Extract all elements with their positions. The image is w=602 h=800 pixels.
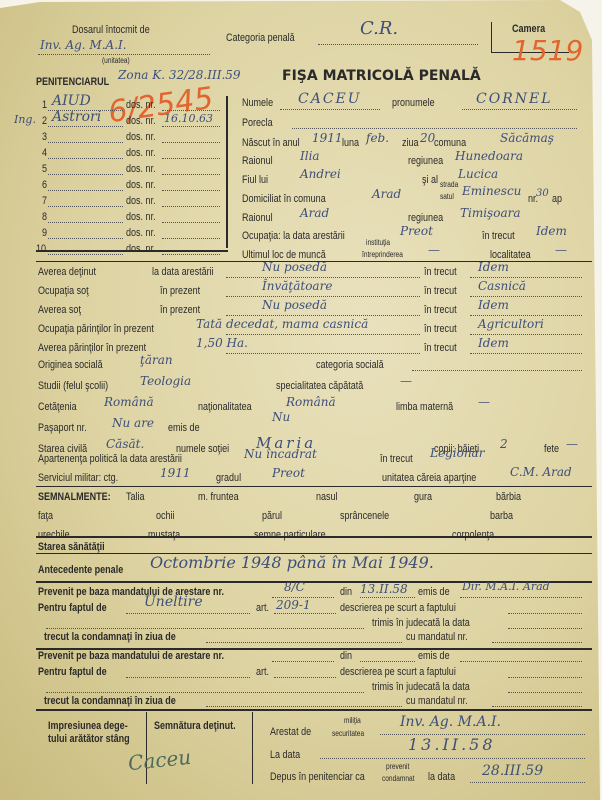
penitentiary-name-line (48, 238, 123, 239)
din-line (360, 661, 415, 662)
wealth-label: Averea soţ (38, 304, 81, 316)
wealth-mid-label: la data arestării (152, 266, 214, 278)
intreprinderea-label: întreprinderea (362, 250, 403, 259)
wealth-value: Tată decedat, mama casnică (196, 317, 368, 331)
wealth-label: Ocupaţia părinţilor în prezent (38, 323, 154, 335)
faptul-line (126, 677, 250, 678)
dos-nr-line (162, 126, 220, 127)
unitatea-label: (unitatea) (102, 56, 130, 65)
cetatenia-label: Cetăţenia (38, 401, 77, 413)
politic-label: Apartenenţa politică la data arestării (38, 453, 182, 465)
baieti-value: 2 (500, 437, 508, 451)
pasaport-label: Paşaport nr. (38, 422, 87, 434)
wealth-value-line (226, 296, 420, 297)
penitentiary-index: 8 (42, 211, 47, 223)
cu-mandatul-label: cu mandatul nr. (406, 631, 468, 643)
cetatenia-value: Română (104, 395, 154, 409)
penitentiary-index: 9 (42, 227, 47, 239)
studii-value: Teologia (140, 374, 191, 388)
camera-box-left (491, 22, 492, 52)
penitentiary-name: Astrori (52, 109, 101, 125)
wealth-label: Averea deţinut (38, 266, 96, 278)
trecut-condamnati-label: trecut la condamnaţi în ziua de (44, 631, 176, 643)
la-data-value: 13.II.58 (408, 735, 496, 754)
trimis-line-left (46, 692, 364, 693)
trimis-line-left (46, 628, 364, 629)
anul-value: 1911 (312, 131, 343, 145)
emis-de-line (460, 661, 582, 662)
penitentiary-prefix: Ing. (14, 113, 36, 126)
depus-data-line (470, 782, 585, 783)
ochii-label: ochii (156, 510, 175, 522)
semnalmente-title: SEMNALMENTE: (38, 491, 111, 503)
penitentiary-name-line (48, 222, 123, 223)
comuna-label: comuna (434, 137, 466, 149)
depus-label: Depus în penitenciar ca (270, 771, 365, 783)
penitentiary-name-line (48, 254, 123, 255)
satul-label: satul (440, 192, 454, 201)
wealth-value: Nu posedă (262, 260, 327, 274)
starea-sanatatii-label: Starea sănătăţii (38, 541, 105, 553)
originea-value: ţăran (140, 353, 173, 367)
ocupatia-trecut-label: în trecut (482, 230, 515, 242)
tata-value: Andrei (300, 167, 341, 181)
la-data-label: La data (270, 749, 300, 761)
din-label: din (340, 650, 352, 662)
starea-civila-value: Căsăt. (106, 437, 144, 451)
wealth-value: Nu posedă (262, 298, 327, 312)
penitentiary-name-line (48, 206, 123, 207)
ctg-value: 1911 (160, 466, 191, 480)
raionul2-label: Raionul (242, 212, 273, 224)
wealth-trecut-value: Idem (478, 260, 509, 274)
dos-nr-label: dos. nr. (126, 195, 156, 207)
fruntea-label: m. fruntea (198, 491, 239, 503)
numele-line (280, 109, 380, 110)
din-value: 13.II.58 (360, 582, 408, 596)
pronumele-label: pronumele (392, 97, 435, 109)
art-line (274, 613, 336, 614)
securitatea-label: securitatea (332, 729, 364, 738)
ocupatia-trecut-value: Idem (536, 224, 567, 238)
wealth-label: Ocupaţia soţ (38, 285, 89, 297)
dos-nr-line (162, 142, 220, 143)
dos-nr-label: dos. nr. (126, 99, 156, 111)
dos-nr-line (162, 238, 220, 239)
ultimul-loc-value: — (428, 243, 440, 257)
form-title: FIŞA MATRICOLĂ PENALĂ (282, 68, 481, 84)
fete-value: — (566, 437, 578, 451)
din-label: din (340, 586, 352, 598)
gradul-label: gradul (216, 472, 241, 484)
emis-de-line (460, 597, 582, 598)
nationalitatea-label: naţionalitatea (198, 401, 252, 413)
raionul-value: Ilia (300, 149, 320, 163)
pasaport-value: Nu are (112, 416, 154, 430)
semnalmente-top-rule (36, 486, 592, 487)
depus-data-label: la data (428, 771, 455, 783)
dos-nr-label: dos. nr. (126, 227, 156, 239)
penitentiary-index: 3 (42, 131, 47, 143)
ziua-label: ziua (402, 137, 419, 149)
emis-label: emis de (168, 422, 200, 434)
dos-nr-label: dos. nr. (126, 147, 156, 159)
ap-label: ap (552, 193, 562, 205)
wealth-trecut-line (470, 296, 582, 297)
originea-label: Originea socială (38, 359, 103, 371)
faptul-label: Pentru faptul de (38, 666, 107, 678)
institutia-label: instituţia (366, 238, 390, 247)
politic-value: Nu încadrat (244, 447, 317, 461)
si-al-label: şi al (422, 174, 438, 186)
health-top-rule (36, 536, 592, 538)
penitentiary-name-line (48, 190, 123, 191)
luna-label: luna (342, 137, 359, 149)
arestat-label: Arestat de (270, 726, 311, 738)
wealth-trecut-line (470, 277, 582, 278)
comuna-value: Săcămaş (500, 131, 554, 145)
penitentiary-index: 2 (42, 115, 47, 127)
urechile-label: urechile (38, 529, 70, 541)
dos-nr-value: 16.10.63 (164, 112, 213, 125)
fata-label: faţa (38, 510, 53, 522)
domiciliu-value: Arad (372, 187, 401, 201)
raionul-label: Raionul (242, 155, 273, 167)
categoria-sociala-line (412, 370, 582, 371)
antecedente-value: Octombrie 1948 până în Mai 1949. (150, 553, 434, 572)
penitenciarul-label: PENITENCIARUL (36, 76, 109, 88)
parul-label: părul (262, 510, 282, 522)
regiunea2-value: Timişoara (460, 206, 521, 220)
pronumele-value: CORNEL (476, 91, 553, 107)
penitentiary-index: 4 (42, 147, 47, 159)
semne-particulare-label: semne particulare (254, 529, 326, 541)
categoria-line (318, 44, 478, 45)
domiciliat-label: Domiciliat în comuna (242, 193, 326, 205)
categoria-sociala-label: categoria socială (316, 359, 384, 371)
barbia-label: bărbia (496, 491, 521, 503)
trecut-condamnati-line (206, 642, 402, 643)
dos-nr-line (162, 174, 220, 175)
nasul-label: nasul (316, 491, 338, 503)
semnatura-value: Caceu (127, 745, 192, 775)
emis-value: Nu (272, 410, 290, 424)
sotia-label: numele soţiei (176, 443, 229, 455)
wealth-trecut-label: în trecut (424, 285, 457, 297)
faptul-value: Uneltire (144, 594, 203, 610)
politic-trecut-value: Legionar (430, 446, 484, 460)
descrierea-line (508, 677, 582, 678)
nascut-label: Născut în anul (242, 137, 300, 149)
art-value: 209-1 (276, 598, 311, 612)
penitentiary-index: 5 (42, 163, 47, 175)
wealth-value-line (226, 334, 420, 335)
categoria-label: Categoria penală (226, 32, 295, 44)
limba-label: limba maternă (396, 401, 453, 413)
penitentiary-index: 6 (42, 179, 47, 191)
wealth-value: Învăţătoare (262, 279, 332, 293)
penitentiary-name-line (48, 126, 123, 127)
regiunea-label: regiunea (408, 155, 443, 167)
politic-trecut-label: în trecut (380, 453, 413, 465)
mama-value: Lucica (458, 167, 498, 181)
militar-label: Serviciul militar: ctg. (38, 472, 118, 484)
dosar-line (38, 54, 210, 55)
wealth-label: Averea părinţilor în prezent (38, 342, 146, 354)
dos-nr-line (162, 254, 220, 255)
emis-de-label: emis de (418, 586, 450, 598)
limba-value: — (478, 395, 490, 409)
camera-number: 1519 (512, 34, 583, 67)
faptul-label: Pentru faptul de (38, 602, 107, 614)
strada-value: Eminescu (462, 184, 521, 198)
footer-divider-2 (252, 712, 253, 784)
wealth-value-line (226, 353, 420, 354)
trecut-condamnati-line (206, 706, 402, 707)
specialitatea-label: specialitatea căpătată (276, 380, 363, 392)
mandat-nr-value: 8/C (284, 580, 305, 594)
penitentiary-index: 7 (42, 195, 47, 207)
wealth-value: 1,50 Ha. (196, 336, 248, 350)
wealth-trecut-line (470, 353, 582, 354)
sprancenele-label: sprâncenele (340, 510, 389, 522)
depus-data-value: 28.III.59 (482, 763, 543, 779)
barba-label: barba (490, 510, 513, 522)
studii-label: Studii (felul şcolii) (38, 380, 108, 392)
wealth-value-line (226, 315, 420, 316)
art-line (274, 677, 336, 678)
ziua-value: 20 (420, 131, 435, 145)
unitatea-militara-label: unitatea căreia aparţine (382, 472, 476, 484)
gradul-value: Preot (272, 466, 305, 480)
prevenit-label: Prevenit pe baza mandatului de arestare … (38, 650, 224, 662)
cu-mandatul-line (492, 706, 582, 707)
dosar-value: Inv. Ag. M.A.I. (40, 38, 127, 52)
penitentiary-name-line (48, 174, 123, 175)
penitentiary-name-line (48, 142, 123, 143)
penitentiary-name-line (48, 158, 123, 159)
art-label: art. (256, 602, 269, 614)
emis-de-value: Dir. M.A.I. Arad (462, 580, 550, 593)
art-label: art. (256, 666, 269, 678)
wealth-trecut-label: în trecut (424, 323, 457, 335)
penitentiary-box-right (226, 96, 228, 248)
din-line (360, 597, 415, 598)
ocupatia-value: Preot (400, 224, 433, 238)
pronumele-line (462, 109, 577, 110)
dos-nr-label: dos. nr. (126, 179, 156, 191)
fiul-label: Fiul lui (242, 174, 268, 186)
cu-mandatul-line (492, 642, 582, 643)
raionul2-value: Arad (300, 206, 329, 220)
cu-mandatul-label: cu mandatul nr. (406, 695, 468, 707)
penitenciarul-value: Zona K. 32/28.III.59 (118, 68, 241, 82)
luna-value: feb. (366, 131, 389, 145)
localitatea-value: — (555, 243, 567, 257)
impresiunea-label-1: Impresiunea dege- (48, 720, 128, 732)
dos-nr-line (162, 222, 220, 223)
wealth-trecut-line (470, 315, 582, 316)
porecla-label: Porecla (242, 117, 273, 129)
footer-top-rule (36, 709, 592, 711)
descrierea-label: descrierea pe scurt a faptului (340, 602, 456, 614)
prevenit-label: prevenit (386, 762, 409, 771)
trimis-label: trimis în judecată la data (372, 681, 470, 693)
la-data-line (320, 758, 585, 759)
trimis-label: trimis în judecată la data (372, 617, 470, 629)
dos-nr-label: dos. nr. (126, 243, 156, 255)
document-card: Dosarul întocmit de Inv. Ag. M.A.I. (uni… (0, 0, 602, 800)
wealth-value-line (226, 277, 420, 278)
wealth-trecut-label: în trecut (424, 266, 457, 278)
regiunea-value: Hunedoara (455, 149, 523, 163)
penitentiary-box-bottom (36, 250, 228, 252)
nationalitatea-value: Română (286, 395, 336, 409)
dos-nr-line (162, 110, 220, 111)
militia-label: miliţia (344, 716, 361, 725)
trimis-line (508, 692, 582, 693)
wealth-trecut-value: Casnică (478, 279, 526, 293)
porecla-line (292, 128, 577, 129)
trimis-line (508, 628, 582, 629)
penitentiary-index: 10 (36, 243, 46, 255)
dos-nr-line (162, 158, 220, 159)
dos-nr-label: dos. nr. (126, 131, 156, 143)
dosar-label: Dosarul întocmit de (72, 24, 150, 36)
descrierea-label: descrierea pe scurt a faptului (340, 666, 456, 678)
condamnat-label: condamnat (382, 774, 414, 783)
wealth-mid-label: în prezent (160, 304, 200, 316)
specialitatea-value: — (400, 374, 412, 388)
penitentiary-index: 1 (42, 99, 47, 111)
gura-label: gura (414, 491, 432, 503)
talia-label: Talia (126, 491, 145, 503)
numele-label: Numele (242, 97, 273, 109)
mustata-label: mustaţa (148, 529, 180, 541)
dos-nr-label: dos. nr. (126, 115, 156, 127)
antecedente-label: Antecedente penale (38, 564, 123, 576)
fete-label: fete (544, 443, 559, 455)
semnatura-label: Semnătura deţinut. (154, 720, 236, 732)
nr-value: 30 (536, 188, 549, 199)
trecut-condamnati-label: trecut la condamnaţi în ziua de (44, 695, 176, 707)
dos-nr-line (162, 206, 220, 207)
wealth-trecut-label: în trecut (424, 342, 457, 354)
regiunea2-label: regiunea (408, 212, 443, 224)
descrierea-line (508, 613, 582, 614)
faptul-line (126, 613, 250, 614)
dos-nr-label: dos. nr. (126, 211, 156, 223)
strada-label: strada (440, 180, 458, 189)
wealth-trecut-value: Idem (478, 336, 509, 350)
corpolenta-label: corpolenţa (452, 529, 494, 541)
ocupatia-label: Ocupaţia: la data arestării (242, 230, 345, 242)
penitentiary-name: AIUD (52, 93, 91, 109)
arestat-value: Inv. Ag. M.A.I. (400, 714, 501, 730)
wealth-mid-label: în prezent (160, 285, 200, 297)
impresiunea-label-2: tului arătător stâng (48, 733, 130, 745)
dos-nr-line (162, 190, 220, 191)
wealth-trecut-value: Idem (478, 298, 509, 312)
mandat-nr-line (272, 661, 334, 662)
numele-value: CACEU (298, 91, 362, 107)
wealth-trecut-line (470, 334, 582, 335)
dos-nr-label: dos. nr. (126, 163, 156, 175)
wealth-trecut-label: în trecut (424, 304, 457, 316)
unitatea-militara-value: C.M. Arad (510, 465, 572, 479)
categoria-value: C.R. (360, 18, 398, 39)
emis-de-label: emis de (418, 650, 450, 662)
wealth-trecut-value: Agricultori (478, 317, 544, 331)
